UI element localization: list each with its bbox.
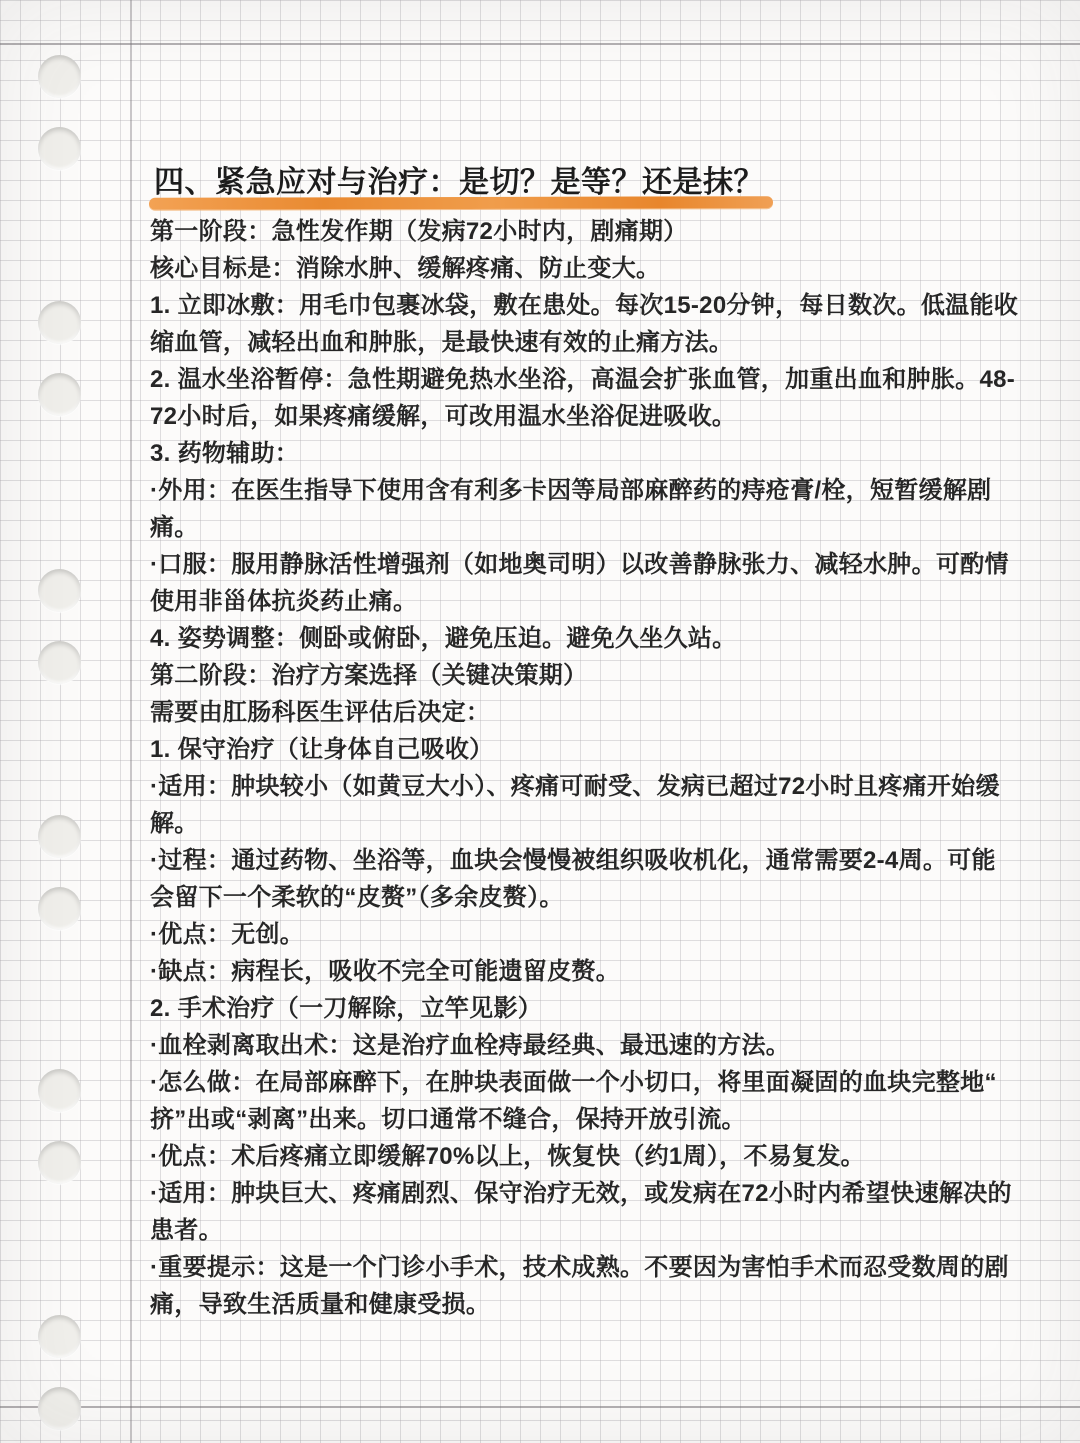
- punch-hole: [38, 373, 81, 416]
- text-line: 1. 保守治疗（让身体自己吸收）: [150, 731, 1010, 768]
- punch-hole: [38, 815, 81, 858]
- text-line: 2. 手术治疗（一刀解除，立竿见影）: [150, 990, 1010, 1027]
- text-line: 第一阶段：急性发作期（发病72小时内，剧痛期）: [150, 213, 1010, 250]
- text-line: 挤”出或“剥离”出来。切口通常不缝合，保持开放引流。: [150, 1101, 1010, 1138]
- text-line: ·过程：通过药物、坐浴等，血块会慢慢被组织吸收机化，通常需要2-4周。可能: [150, 842, 1010, 879]
- margin-line-top: [0, 43, 1080, 45]
- text-line: 第二阶段：治疗方案选择（关键决策期）: [150, 657, 1010, 694]
- punch-hole: [38, 301, 81, 344]
- text-line: 痛。: [150, 509, 1010, 546]
- text-line: 痛，导致生活质量和健康受损。: [150, 1286, 1010, 1323]
- text-line: ·适用：肿块巨大、疼痛剧烈、保守治疗无效，或发病在72小时内希望快速解决的: [150, 1175, 1010, 1212]
- text-line: 需要由肛肠科医生评估后决定：: [150, 694, 1010, 731]
- text-line: ·重要提示：这是一个门诊小手术，技术成熟。不要因为害怕手术而忍受数周的剧: [150, 1249, 1010, 1286]
- text-line: 解。: [150, 805, 1010, 842]
- punch-hole: [38, 127, 81, 170]
- punch-hole: [38, 641, 81, 684]
- text-line: ·缺点：病程长，吸收不完全可能遗留皮赘。: [150, 953, 1010, 990]
- punch-hole: [38, 1315, 81, 1358]
- text-line: ·优点：术后疼痛立即缓解70%以上，恢复快（约1周），不易复发。: [150, 1138, 1010, 1175]
- text-line: 3. 药物辅助：: [150, 435, 1010, 472]
- punch-hole: [38, 1069, 81, 1112]
- text-line: 2. 温水坐浴暂停：急性期避免热水坐浴，高温会扩张血管，加重出血和肿胀。48-: [150, 361, 1010, 398]
- page-title: 四、紧急应对与治疗：是切？是等？还是抹？: [154, 166, 764, 200]
- punch-hole: [38, 55, 81, 98]
- text-line: ·优点：无创。: [150, 916, 1010, 953]
- text-line: ·血栓剥离取出术：这是治疗血栓痔最经典、最迅速的方法。: [150, 1027, 1010, 1064]
- text-line: 使用非甾体抗炎药止痛。: [150, 583, 1010, 620]
- text-line: ·怎么做：在局部麻醉下，在肿块表面做一个小切口，将里面凝固的血块完整地“: [150, 1064, 1010, 1101]
- margin-line-left: [130, 0, 132, 1443]
- text-line: 1. 立即冰敷：用毛巾包裹冰袋，敷在患处。每次15-20分钟，每日数次。低温能收: [150, 287, 1010, 324]
- text-line: 会留下一个柔软的“皮赘”（多余皮赘）。: [150, 879, 1010, 916]
- text-line: ·口服：服用静脉活性增强剂（如地奥司明）以改善静脉张力、减轻水肿。可酌情: [150, 546, 1010, 583]
- notebook-page: 四、紧急应对与治疗：是切？是等？还是抹？ 第一阶段：急性发作期（发病72小时内，…: [0, 0, 1080, 1443]
- text-line: 缩血管，减轻出血和肿胀，是最快速有效的止痛方法。: [150, 324, 1010, 361]
- text-line: ·适用：肿块较小（如黄豆大小）、疼痛可耐受、发病已超过72小时且疼痛开始缓: [150, 768, 1010, 805]
- text-line: ·外用：在医生指导下使用含有利多卡因等局部麻醉药的痔疮膏/栓，短暂缓解剧: [150, 472, 1010, 509]
- text-line: 核心目标是：消除水肿、缓解疼痛、防止变大。: [150, 250, 1010, 287]
- punch-hole: [38, 887, 81, 930]
- text-line: 患者。: [150, 1212, 1010, 1249]
- note-body: 第一阶段：急性发作期（发病72小时内，剧痛期）核心目标是：消除水肿、缓解疼痛、防…: [150, 213, 1010, 1323]
- margin-line-bottom: [0, 1406, 1080, 1408]
- punch-hole: [38, 1141, 81, 1184]
- punch-hole: [38, 1387, 81, 1430]
- punch-hole: [38, 569, 81, 612]
- text-line: 72小时后，如果疼痛缓解，可改用温水坐浴促进吸收。: [150, 398, 1010, 435]
- text-line: 4. 姿势调整：侧卧或俯卧，避免压迫。避免久坐久站。: [150, 620, 1010, 657]
